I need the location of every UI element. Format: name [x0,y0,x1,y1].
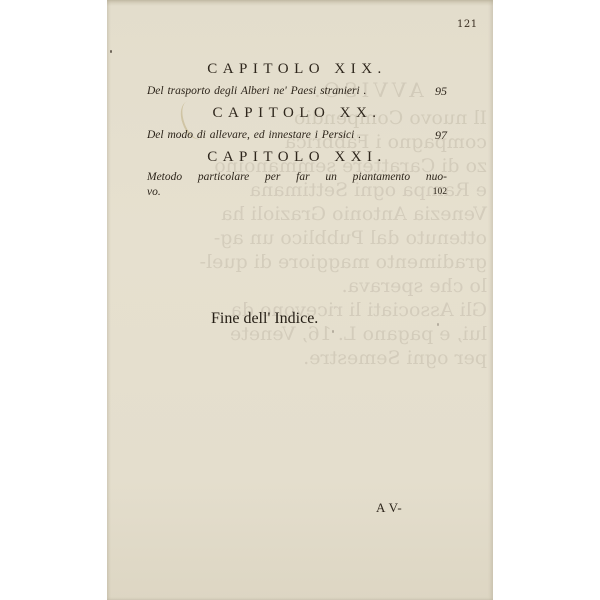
end-of-index-text: Fine dell' Indice. [211,310,318,328]
bleed-through-line: Venezia Antonio Grazioli ha [247,202,487,226]
paper-speck [332,330,334,333]
chapter-heading: CAPITOLO XIX. [147,58,447,80]
toc-entry-title-line1: Metodo particolare per far un piantament… [147,170,447,185]
book-page: AVVISO. Il nuovo Compendio compagno i Fa… [107,0,493,600]
toc-entry: Del trasporto degli Alberi ne' Paesi str… [147,80,447,102]
bleed-through-line: lo che sperava. [247,274,487,298]
toc-entry-page: 95 [435,80,447,102]
chapter-heading: CAPITOLO XXI. [147,146,447,168]
toc-entry-title: Del trasporto degli Alberi ne' Paesi str… [147,80,366,102]
bleed-through-line: gradimento maggiore di quel- [247,250,487,274]
signature-mark: A V- [376,500,402,516]
paper-speck [110,50,112,53]
toc-entry: Metodo particolare per far un piantament… [147,170,447,200]
page-number: 121 [457,19,478,30]
scanned-book-scene: AVVISO. Il nuovo Compendio compagno i Fa… [0,0,600,600]
toc-entry-title-line2: vo. [147,185,161,200]
bleed-through-line: per ogni Semestre. [247,346,487,370]
toc-entry-page: 102 [433,185,447,200]
bleed-through-line: ottenuto dal Pubblico un ag- [247,226,487,250]
toc-entry-title: Del modo di allevare, ed innestare i Per… [147,124,361,146]
chapter-heading: CAPITOLO XX. [147,102,447,124]
toc-entry: Del modo di allevare, ed innestare i Per… [147,124,447,146]
toc-entry-page: 97 [435,124,447,146]
table-of-contents: CAPITOLO XIX. Del trasporto degli Alberi… [147,58,447,200]
paper-speck [437,323,439,326]
